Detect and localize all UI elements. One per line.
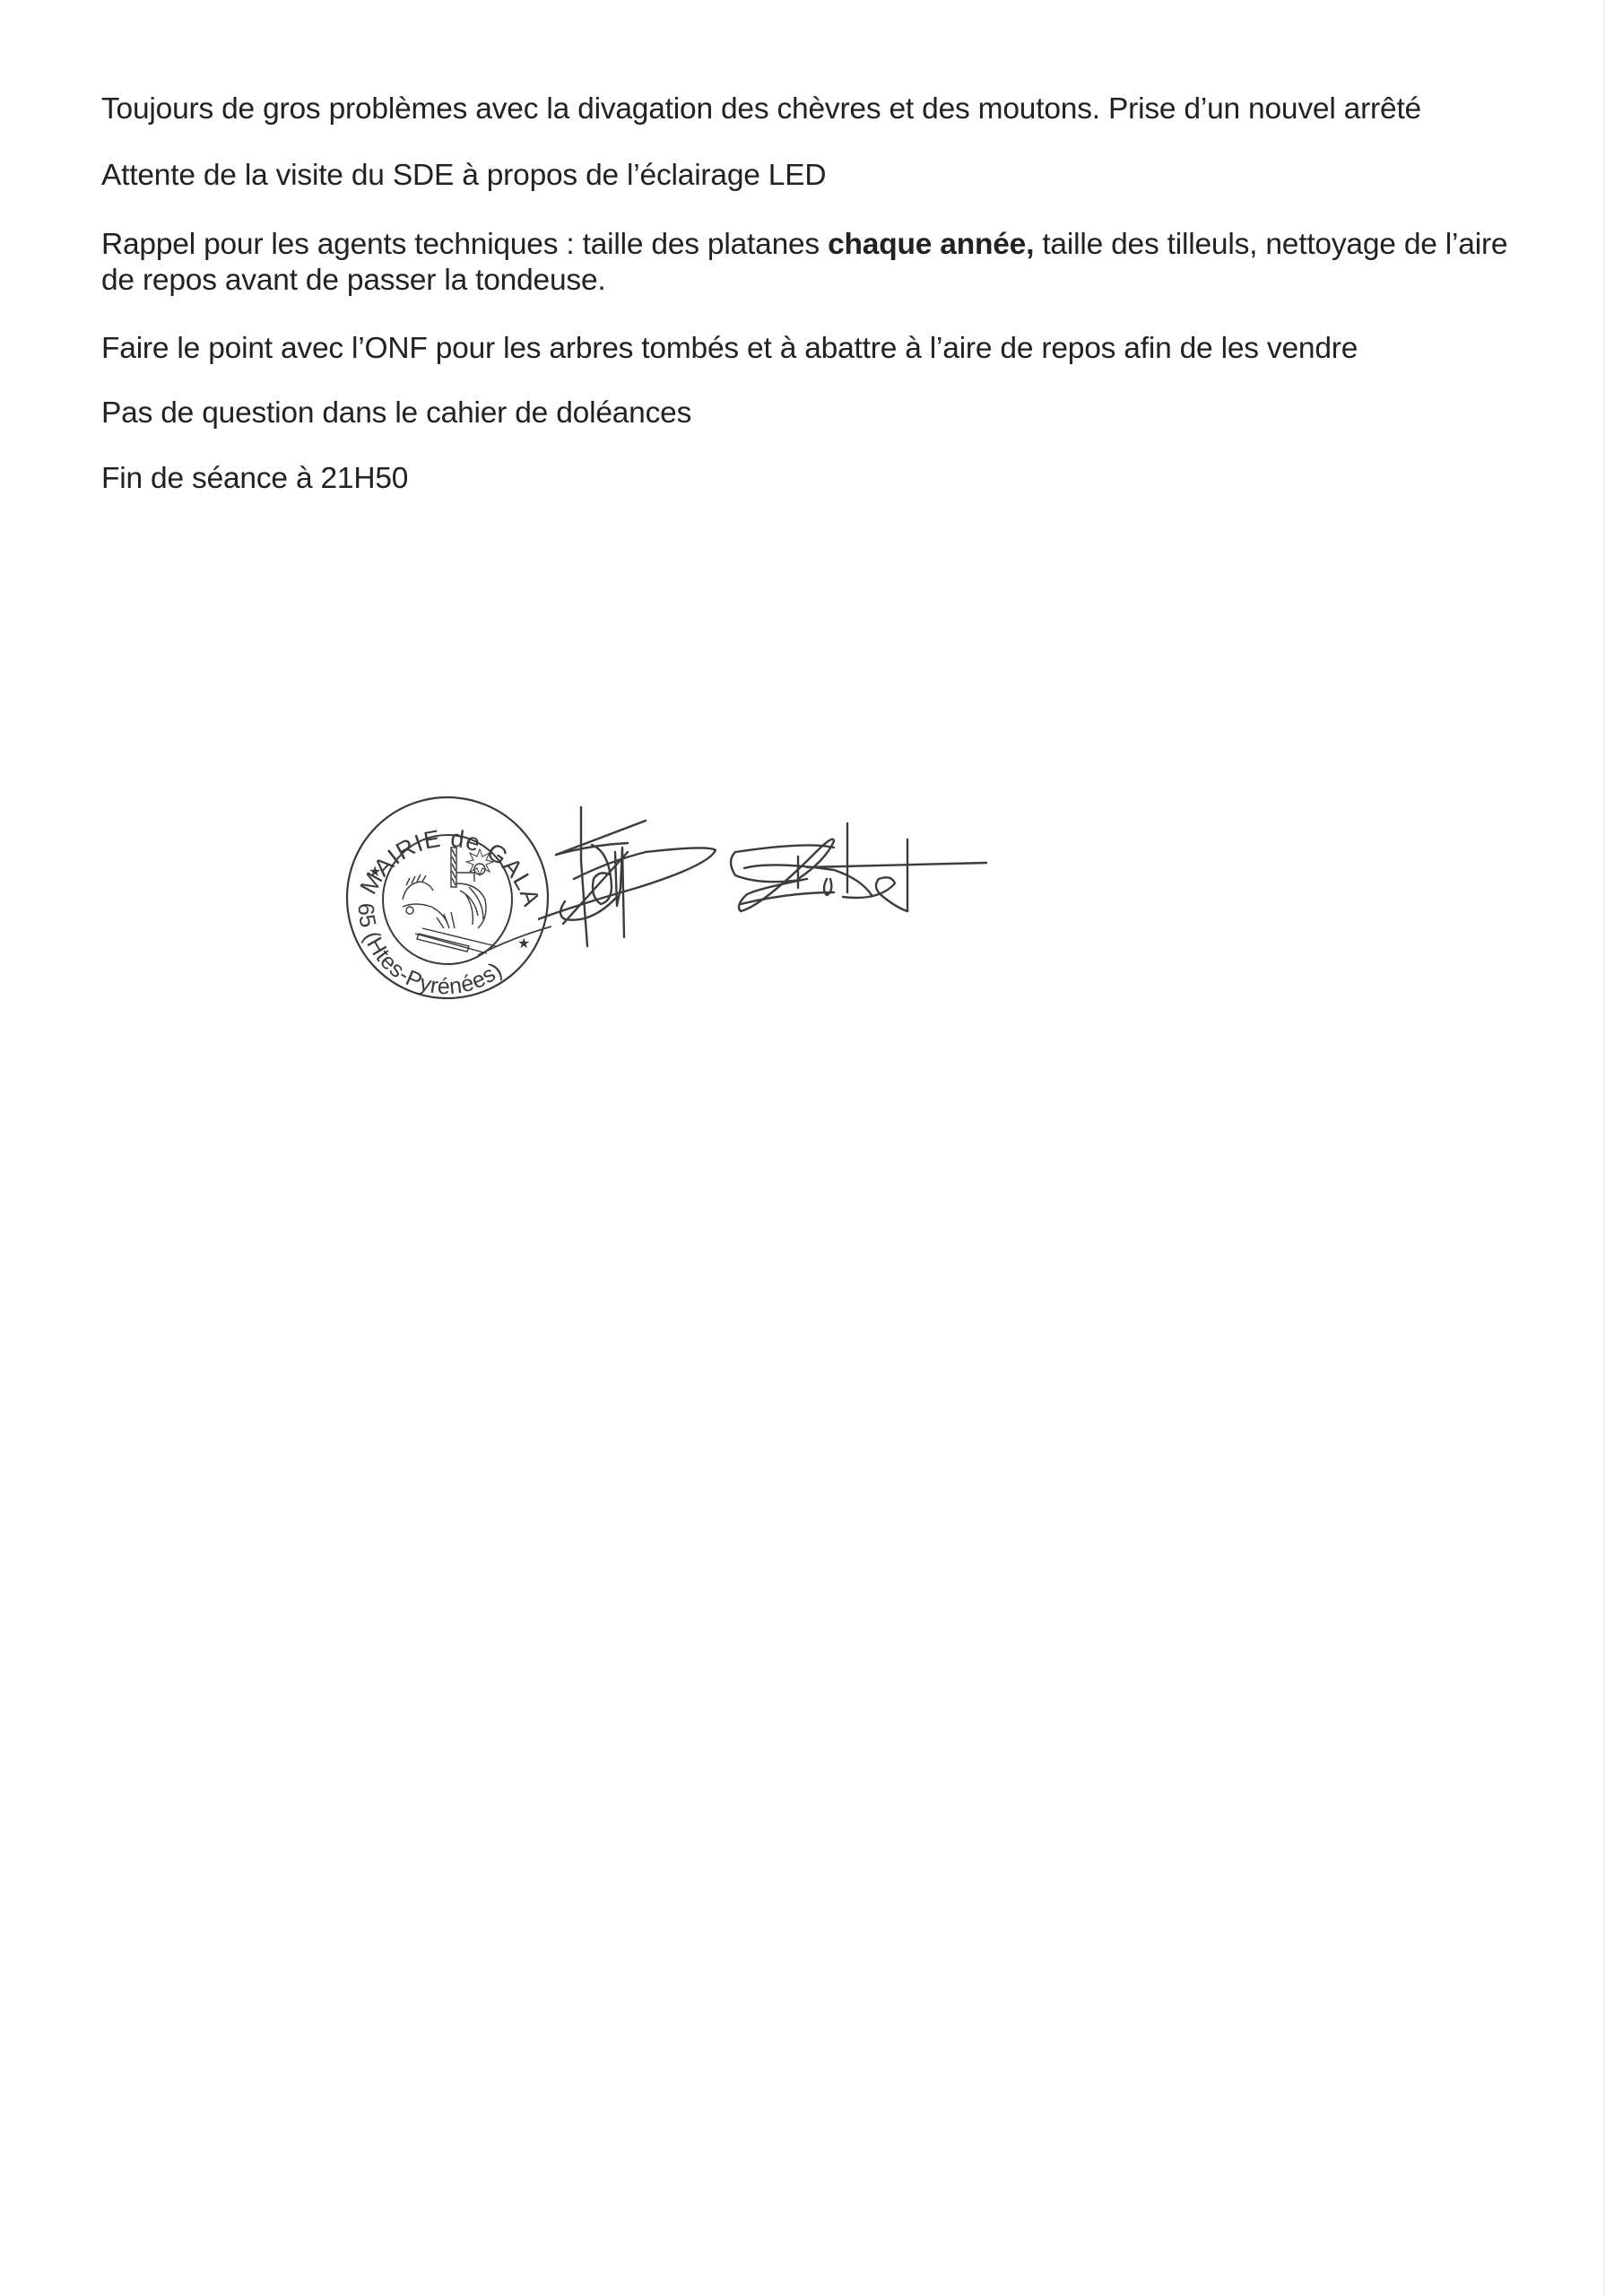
signatures-area (538, 789, 1255, 969)
svg-text:MAIRIE de GALAN: MAIRIE de GALAN (343, 794, 545, 910)
reminder-text-line2: de repos avant de passer la tondeuse. (101, 264, 606, 297)
paragraph-sde-visit: Attente de la visite du SDE à propos de … (101, 158, 826, 194)
mairie-stamp: MAIRIE de GALAN 65 (Htes-Pyrénées) ★ ★ (343, 794, 551, 1002)
reminder-text-start: Rappel pour les agents techniques : tail… (101, 228, 828, 261)
paragraph-end-of-session: Fin de séance à 21H50 (101, 461, 408, 497)
paragraph-agents-reminder: Rappel pour les agents techniques : tail… (101, 227, 1507, 299)
reminder-emphasis: chaque année, (828, 228, 1034, 261)
svg-text:65 (Htes-Pyrénées): 65 (Htes-Pyrénées) (353, 902, 508, 999)
paragraph-doleances: Pas de question dans le cahier de doléan… (101, 396, 691, 431)
stamp-top-text: MAIRIE de GALAN (343, 794, 545, 910)
reminder-text-end: taille des tilleuls, nettoyage de l’aire (1034, 228, 1507, 261)
paragraph-onf: Faire le point avec l’ONF pour les arbre… (101, 331, 1358, 367)
marianne-emblem-icon (403, 848, 496, 953)
paragraph-divagation: Toujours de gros problèmes avec la divag… (101, 91, 1421, 127)
signature-secretary (731, 823, 986, 911)
scan-page-edge (1603, 0, 1605, 2296)
stamp-star-left: ★ (369, 863, 381, 880)
stamp-bottom-text: 65 (Htes-Pyrénées) (353, 902, 508, 999)
signature-mayor (538, 807, 716, 946)
